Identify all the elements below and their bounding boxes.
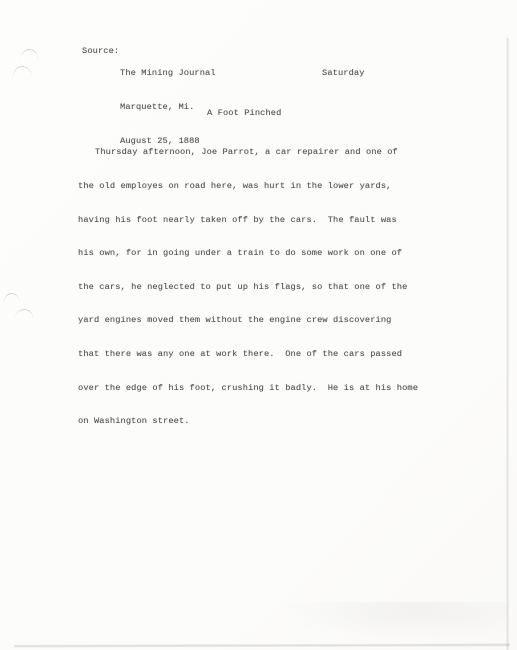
source-location: Marquette, Mi. bbox=[120, 102, 216, 113]
article-line: yard engines moved them without the engi… bbox=[78, 315, 423, 326]
page-edge-shadow-right bbox=[506, 38, 509, 650]
article-title: A Foot Pinched bbox=[207, 108, 281, 119]
article-line: over the edge of his foot, crushing it b… bbox=[78, 383, 423, 394]
scanned-document-page: Source: The Mining Journal Marquette, Mi… bbox=[0, 0, 517, 650]
article-line: having his foot nearly taken off by the … bbox=[78, 215, 423, 226]
source-label: Source: bbox=[82, 46, 119, 57]
article-line: the old employes on road here, was hurt … bbox=[78, 181, 423, 192]
page-edge-shadow-bottom bbox=[14, 643, 510, 647]
article-body: Thursday afternoon, Joe Parrot, a car re… bbox=[78, 125, 423, 450]
article-line: Thursday afternoon, Joe Parrot, a car re… bbox=[78, 147, 423, 158]
scan-corner-smudge bbox=[277, 602, 507, 642]
day-of-week: Saturday bbox=[322, 68, 365, 79]
article-line: that there was any one at work there. On… bbox=[78, 349, 423, 360]
article-line: his own, for in going under a train to d… bbox=[78, 248, 423, 259]
source-publication: The Mining Journal bbox=[120, 68, 216, 79]
paper-mark-arc bbox=[19, 48, 40, 64]
paper-mark-arc bbox=[3, 292, 21, 305]
article-line: the cars, he neglected to put up his fla… bbox=[78, 282, 423, 293]
article-line: on Washington street. bbox=[78, 416, 423, 427]
paper-mark-arc bbox=[11, 65, 32, 81]
paper-mark-arc bbox=[13, 308, 35, 324]
